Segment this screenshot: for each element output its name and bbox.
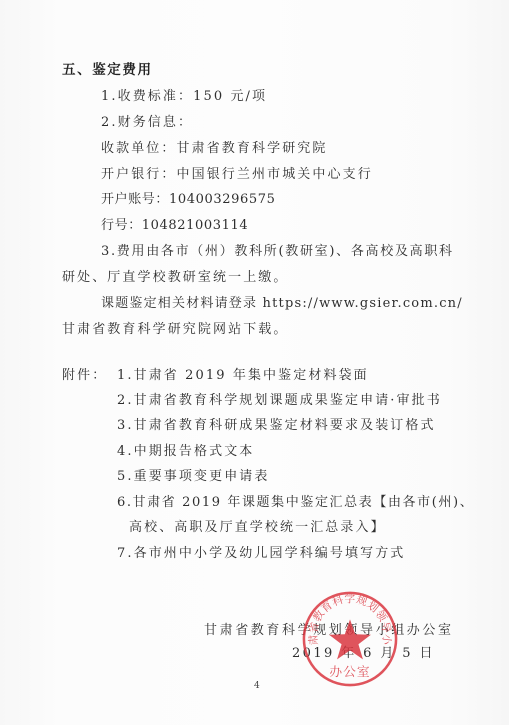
account-number: 开户账号：104003296575 — [101, 192, 275, 208]
finance-info-label: 2.财务信息： — [101, 115, 193, 131]
bank: 开户银行：中国银行兰州市城关中心支行 — [101, 167, 373, 183]
download-line1: 课题鉴定相关材料请登录 https://www.gsier.com.cn/ — [101, 296, 463, 312]
attachment-item: 5.重要事项变更申请表 — [117, 469, 270, 485]
attachment-item: 7.各市州中小学及幼儿园学科编号填写方式 — [117, 546, 405, 562]
fee-standard: 1.收费标准：150 元/项 — [101, 89, 267, 105]
download-line2: 甘肃省教育科学研究院网站下载。 — [62, 322, 289, 338]
section-heading: 五、鉴定费用 — [62, 62, 153, 78]
payment-note-line2: 研处、厅直学校教研室统一上缴。 — [62, 270, 289, 286]
attachment-item: 3.甘肃省教育科研成果鉴定材料要求及装订格式 — [117, 418, 436, 434]
attachment-item-continuation: 高校、高职及厅直学校统一汇总录入】 — [129, 520, 386, 536]
attachment-item: 4.中期报告格式文本 — [117, 444, 254, 460]
attachment-item: 6.甘肃省 2019 年课题集中鉴定汇总表【由各市(州)、 — [117, 495, 474, 511]
stamp-bottom-text: 办公室 — [329, 664, 370, 680]
official-seal-icon: 甘肃省教育科学规划领导小组 办公室 — [301, 590, 399, 688]
signature-organization: 甘肃省教育科学规划领导小组办公室 — [204, 623, 454, 639]
payee: 收款单位：甘肃省教育科学研究院 — [101, 141, 328, 157]
page-number: 4 — [254, 681, 260, 691]
signature-date: 2019 年 6 月 5 日 — [292, 646, 435, 662]
attachment-item: 2.甘肃省教育科学规划课题成果鉴定申请·审批书 — [117, 393, 442, 409]
bank-code: 行号：104821003114 — [101, 218, 248, 234]
payment-note-line1: 3.费用由各市（州）教科所(教研室)、各高校及高职科 — [101, 244, 454, 260]
document-page: 五、鉴定费用 1.收费标准：150 元/项 2.财务信息： 收款单位：甘肃省教育… — [0, 0, 509, 725]
attachment-item: 1.甘肃省 2019 年集中鉴定材料袋面 — [117, 368, 369, 384]
attachments-label: 附件： — [62, 368, 107, 384]
